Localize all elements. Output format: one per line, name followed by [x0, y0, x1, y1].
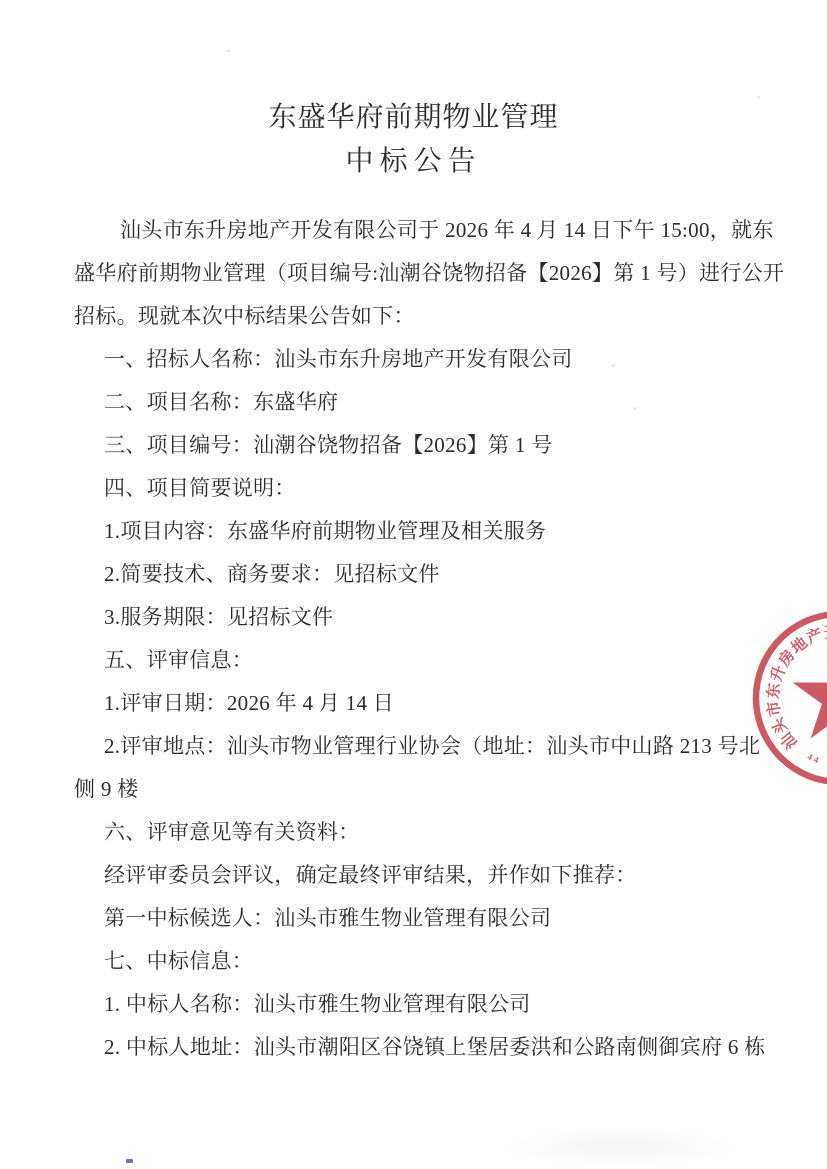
doc-line: 五、评审信息：	[74, 639, 794, 682]
doc-line: 3.服务期限：见招标文件	[74, 596, 794, 639]
doc-line: 经评审委员会评议，确定最终评审结果，并作如下推荐：	[74, 854, 794, 897]
doc-line: 2.简要技术、商务要求：见招标文件	[74, 553, 794, 596]
svg-text:市: 市	[763, 699, 784, 718]
doc-line: 1.项目内容：东盛华府前期物业管理及相关服务	[74, 510, 794, 553]
doc-line: 盛华府前期物业管理（项目编号:汕潮谷饶物招备【2026】第 1 号）进行公开	[74, 252, 794, 295]
company-seal-stamp: 汕头市东升房地产开发有限公司 44	[730, 588, 827, 808]
svg-text:东: 东	[763, 682, 784, 700]
doc-line: 汕头市东升房地产开发有限公司于 2026 年 4 月 14 日下午 15:00，…	[74, 209, 794, 252]
document-body: 汕头市东升房地产开发有限公司于 2026 年 4 月 14 日下午 15:00，…	[74, 209, 794, 1069]
title-line-2: 中标公告	[0, 140, 827, 184]
document-title: 东盛华府前期物业管理 中标公告	[0, 96, 827, 184]
scan-smudge	[500, 1128, 740, 1166]
doc-line: 侧 9 楼	[74, 768, 794, 811]
doc-line: 1.评审日期：2026 年 4 月 14 日	[74, 682, 794, 725]
scan-speck	[227, 50, 230, 52]
doc-line: 一、招标人名称：汕头市东升房地产开发有限公司	[74, 338, 794, 381]
doc-line: 第一中标候选人：汕头市雅生物业管理有限公司	[74, 897, 794, 940]
doc-line: 二、项目名称：东盛华府	[74, 381, 794, 424]
seal-star-icon	[792, 648, 827, 738]
title-line-1: 东盛华府前期物业管理	[0, 96, 827, 140]
doc-line: 1. 中标人名称：汕头市雅生物业管理有限公司	[74, 983, 794, 1026]
doc-line: 三、项目编号：汕潮谷饶物招备【2026】第 1 号	[74, 424, 794, 467]
doc-line: 四、项目简要说明：	[74, 467, 794, 510]
doc-line: 2. 中标人地址：汕头市潮阳区谷饶镇上堡居委洪和公路南侧御宾府 6 栋	[74, 1026, 794, 1069]
doc-line: 招标。现就本次中标结果公告如下：	[74, 295, 794, 338]
scan-blue-mark	[126, 1159, 133, 1163]
doc-line: 2.评审地点：汕头市物业管理行业协会（地址：汕头市中山路 213 号北	[74, 725, 794, 768]
document-page: 东盛华府前期物业管理 中标公告 汕头市东升房地产开发有限公司于 2026 年 4…	[0, 0, 827, 1169]
seal-code-digits: 44	[806, 751, 821, 765]
svg-text:4: 4	[812, 754, 820, 765]
doc-line: 七、中标信息：	[74, 940, 794, 983]
doc-line: 六、评审意见等有关资料：	[74, 811, 794, 854]
